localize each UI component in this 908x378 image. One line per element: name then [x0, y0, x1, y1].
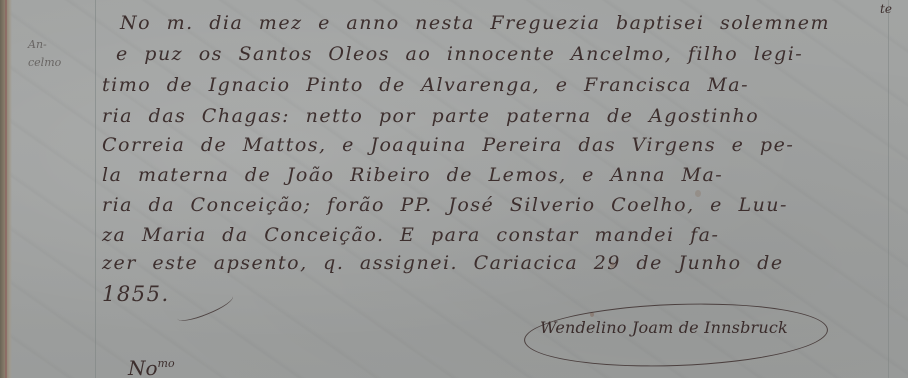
line-text: 1855. [102, 282, 170, 306]
entry-line-5: Correia de Mattos, e Joaquina Pereira da… [102, 134, 794, 156]
line-end-superscript: te [880, 2, 892, 16]
right-margin-rule [888, 0, 889, 378]
line-text: e puz os Santos Oleos ao innocente Ancel… [116, 43, 803, 65]
left-margin-rule [95, 0, 96, 378]
entry-line-1: No m. dia mez e anno nesta Freguezia bap… [120, 12, 830, 34]
entry-line-4: ria das Chagas: netto por parte paterna … [102, 105, 759, 127]
pen-flourish [174, 289, 235, 325]
entry-line-7: ria da Conceição; forão PP. José Silveri… [102, 194, 788, 216]
margin-note-line: celmo [28, 54, 88, 72]
priest-signature: Wendelino Joam de Innsbruck [540, 318, 788, 337]
line-text: No m. dia mez e anno nesta Freguezia bap… [120, 12, 830, 34]
line-text: timo de Ignacio Pinto de Alvarenga, e Fr… [102, 74, 749, 96]
line-text: zer este apsento, q. assignei. Cariacica… [102, 252, 784, 274]
next-entry-word: No [128, 356, 158, 378]
register-page: An- celmo No m. dia mez e anno nesta Fre… [0, 0, 908, 378]
margin-note-line: An- [28, 36, 88, 54]
entry-line-6: la materna de João Ribeiro de Lemos, e A… [102, 164, 723, 186]
page-edge-stain [5, 0, 7, 378]
entry-line-10-year: 1855. [102, 282, 170, 306]
entry-line-2: e puz os Santos Oleos ao innocente Ancel… [116, 43, 803, 65]
entry-line-9: zer este apsento, q. assignei. Cariacica… [102, 252, 784, 274]
margin-note-name: An- celmo [28, 36, 88, 72]
next-entry-superscript: mo [158, 357, 175, 370]
line-text: la materna de João Ribeiro de Lemos, e A… [102, 164, 723, 186]
next-entry-start: Nomo [128, 356, 175, 378]
entry-line-3: timo de Ignacio Pinto de Alvarenga, e Fr… [102, 74, 749, 96]
line-text: ria das Chagas: netto por parte paterna … [102, 105, 759, 127]
line-text: ria da Conceição; forão PP. José Silveri… [102, 194, 788, 216]
line-text: za Maria da Conceição. E para constar ma… [102, 224, 719, 246]
entry-line-8: za Maria da Conceição. E para constar ma… [102, 224, 719, 246]
line-text: Correia de Mattos, e Joaquina Pereira da… [102, 134, 794, 156]
